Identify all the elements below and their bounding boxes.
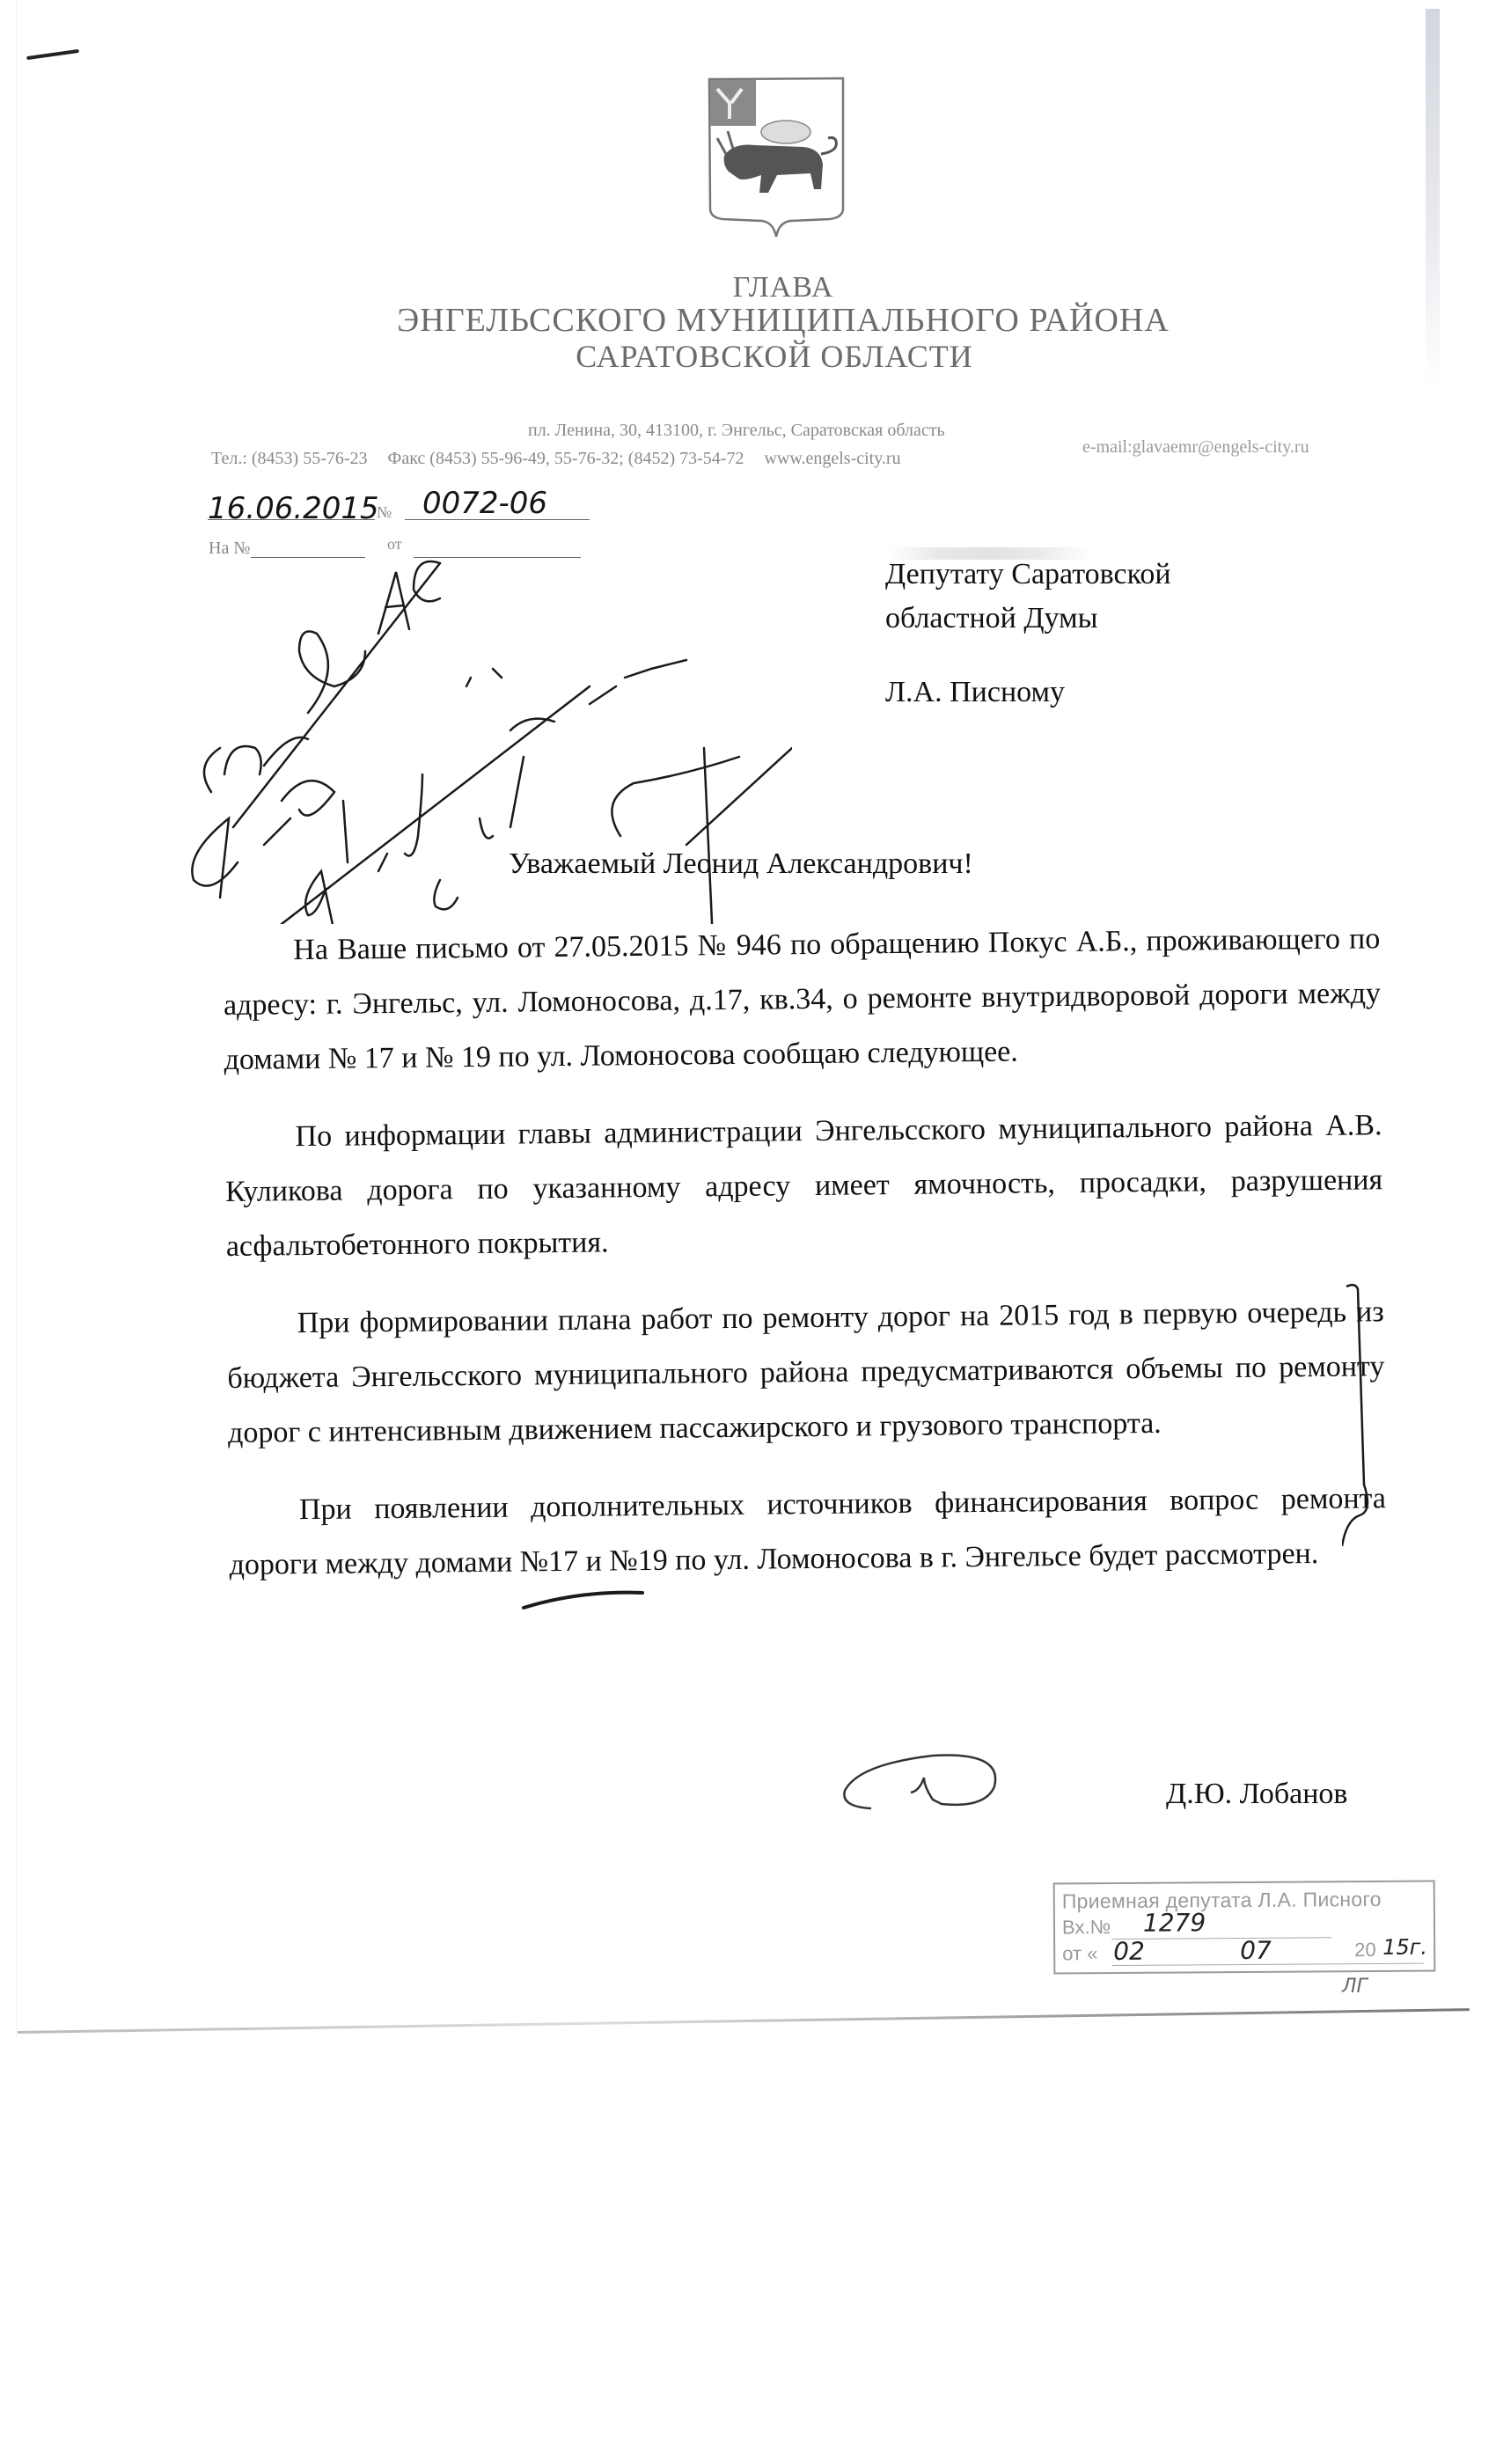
fax: Факс (8453) 55-96-49, 55-76-32; (8452) 7…	[388, 449, 744, 468]
stamp-incoming-label: Вх.№	[1062, 1916, 1111, 1939]
addressee-block: Депутату Саратовской областной Думы Л.А.…	[885, 553, 1171, 715]
addressee-line1: Депутату Саратовской	[885, 553, 1171, 597]
body-paragraph: При формировании плана работ по ремонту …	[226, 1285, 1385, 1461]
body-paragraph: На Ваше письмо от 27.05.2015 № 946 по об…	[223, 912, 1382, 1088]
email: e-mail:glavaemr@engels-city.ru	[1082, 437, 1309, 458]
number-underline	[405, 519, 590, 520]
scanned-letter: ГЛАВА ЭНГЕЛЬССКОГО МУНИЦИПАЛЬНОГО РАЙОНА…	[0, 0, 1496, 2464]
coat-of-arms-icon	[707, 77, 846, 239]
stamp-day: 02	[1113, 1937, 1145, 1966]
letterhead-contacts: Тел.: (8453) 55-76-23 Факс (8453) 55-96-…	[211, 449, 917, 469]
signature-scribble	[836, 1738, 1030, 1817]
date-underline	[208, 519, 375, 520]
letterhead-title-line1: ГЛАВА	[35, 271, 1496, 304]
stamp-year: 15г.	[1382, 1935, 1427, 1960]
stamp-incoming-number: 1279	[1143, 1908, 1206, 1937]
stamp-title: Приемная депутата Л.А. Писного	[1062, 1888, 1382, 1914]
letter-body: На Ваше письмо от 27.05.2015 № 946 по об…	[223, 912, 1387, 1616]
website: www.engels-city.ru	[764, 449, 900, 468]
outgoing-number: 0072-06	[422, 486, 547, 521]
incoming-registration-stamp: Приемная депутата Л.А. Писного Вх.№ 1279…	[1053, 1880, 1436, 1974]
pen-underline-mark	[519, 1586, 651, 1612]
phone: Тел.: (8453) 55-76-23	[211, 449, 368, 468]
greeting: Уважаемый Леонид Александрович!	[509, 847, 973, 881]
letterhead-address: пл. Ленина, 30, 413100, г. Энгельс, Сара…	[528, 421, 945, 441]
letterhead-title-line3: САРАТОВСКОЙ ОБЛАСТИ	[26, 338, 1496, 375]
stamp-month: 07	[1240, 1936, 1272, 1965]
addressee-line2: областной Думы	[885, 597, 1171, 641]
letterhead-title-line2: ЭНГЕЛЬССКОГО МУНИЦИПАЛЬНОГО РАЙОНА	[35, 301, 1496, 340]
signer-name: Д.Ю. Лобанов	[1166, 1778, 1348, 1811]
stamp-initials: ЛГ	[1342, 1976, 1368, 1998]
body-paragraph: По информации главы администрации Энгель…	[224, 1098, 1383, 1274]
margin-bracket-mark	[1342, 1282, 1404, 1546]
number-label: №	[377, 503, 392, 522]
stamp-year-prefix: 20	[1354, 1939, 1376, 1962]
stamp-from-label: от «	[1062, 1942, 1097, 1965]
outgoing-date: 16.06.2015	[208, 491, 379, 526]
stamp-underline	[1111, 1963, 1424, 1966]
addressee-name: Л.А. Писному	[885, 671, 1171, 715]
body-paragraph: При появлении дополнительных источников …	[229, 1471, 1387, 1593]
